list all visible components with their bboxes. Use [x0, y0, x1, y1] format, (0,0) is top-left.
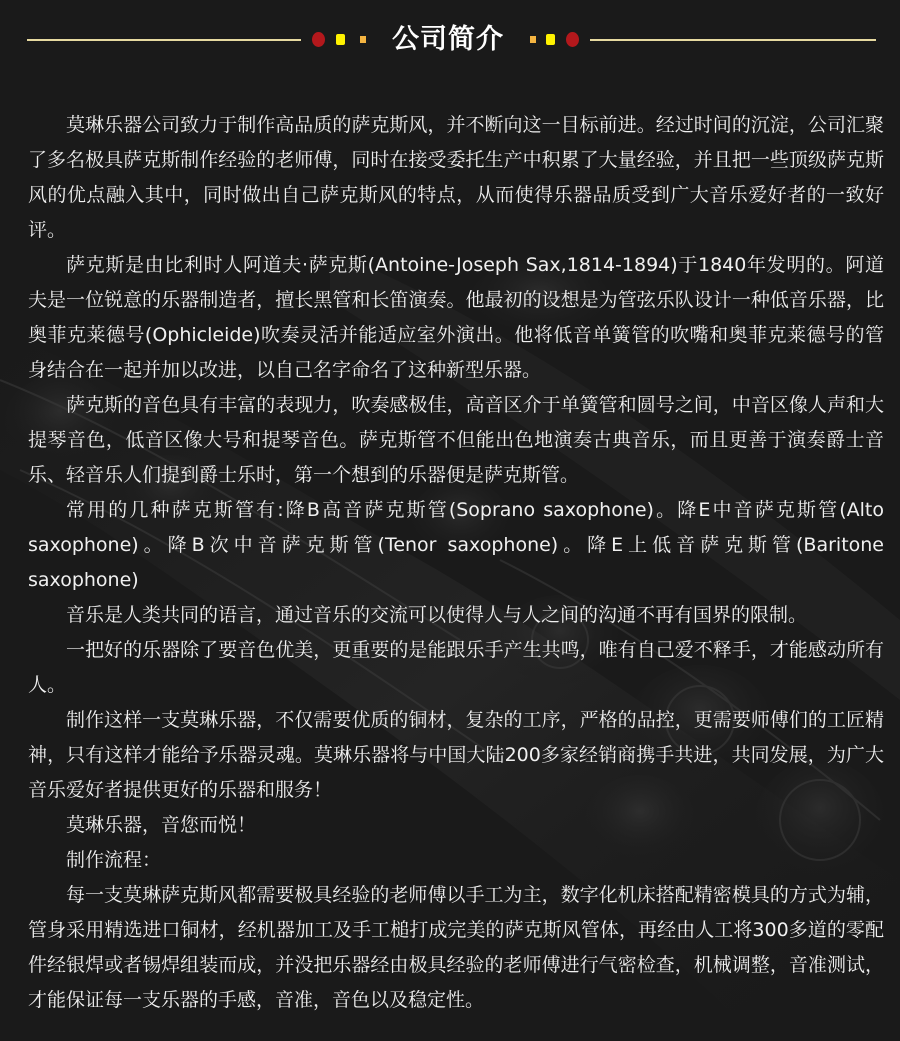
paragraph-sax-types: 常用的几种萨克斯管有:降B高音萨克斯管(Soprano saxophone)。降…: [28, 493, 884, 598]
paragraph-sax-history: 萨克斯是由比利时人阿道夫·萨克斯(Antoine-Joseph Sax,1814…: [28, 248, 884, 388]
decor-dot-red-left: [312, 32, 325, 47]
section-header: 公司简介: [0, 22, 900, 58]
paragraph-slogan: 莫琳乐器，音您而悦！: [28, 808, 884, 843]
paragraph-sax-timbre: 萨克斯的音色具有丰富的表现力，吹奏感极佳，高音区介于单簧管和圆号之间，中音区像人…: [28, 388, 884, 493]
paragraph-craftsmanship: 制作这样一支莫琳乐器，不仅需要优质的铜材，复杂的工序，严格的品控，更需要师傅们的…: [28, 703, 884, 808]
decor-dot-yellow-right: [546, 34, 555, 45]
header-rule-right: [590, 39, 876, 41]
decor-dot-orange-left: [360, 36, 366, 43]
intro-body: 莫琳乐器公司致力于制作高品质的萨克斯风，并不断向这一目标前进。经过时间的沉淀，公…: [28, 108, 884, 1018]
decor-dot-yellow-left: [336, 34, 345, 45]
decor-dot-red-right: [566, 32, 579, 47]
paragraph-good-instrument: 一把好的乐器除了要音色优美，更重要的是能跟乐手产生共鸣，唯有自己爱不释手，才能感…: [28, 633, 884, 703]
paragraph-process-heading: 制作流程：: [28, 843, 884, 878]
paragraph-music-language: 音乐是人类共同的语言，通过音乐的交流可以使得人与人之间的沟通不再有国界的限制。: [28, 598, 884, 633]
decor-dot-orange-right: [530, 36, 536, 43]
paragraph-process-detail: 每一支莫琳萨克斯风都需要极具经验的老师傅以手工为主，数字化机床搭配精密模具的方式…: [28, 878, 884, 1018]
header-rule-left: [27, 39, 301, 41]
paragraph-company-mission: 莫琳乐器公司致力于制作高品质的萨克斯风，并不断向这一目标前进。经过时间的沉淀，公…: [28, 108, 884, 248]
page-title: 公司简介: [383, 22, 513, 58]
